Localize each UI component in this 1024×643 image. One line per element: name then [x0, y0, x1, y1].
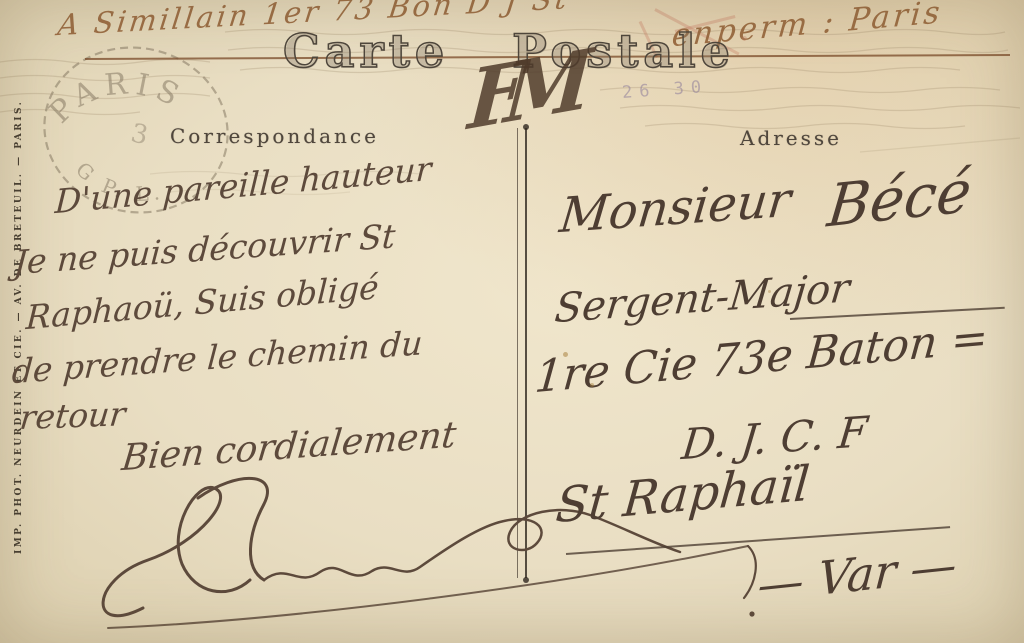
paper-speck — [563, 352, 568, 357]
correspondance-label: Correspondance — [170, 124, 379, 148]
publisher-imprint: IMP. PHOT. NEURDEIN ET CIE. — AV. DE BRE… — [14, 92, 24, 554]
svg-text:PARIS: PARIS — [38, 49, 192, 154]
postcard-back: PARIS 3 G P. L. A Simillain 1er 73 Bon D… — [0, 0, 1024, 643]
postmark-center-number: 3 — [128, 118, 150, 151]
postmark-city: PARIS — [38, 49, 192, 154]
paper-speck — [590, 383, 594, 387]
message-line: retour — [18, 394, 128, 437]
adresse-label: Adresse — [740, 126, 842, 150]
paper-speck — [742, 36, 747, 41]
paper-speck — [768, 290, 771, 293]
